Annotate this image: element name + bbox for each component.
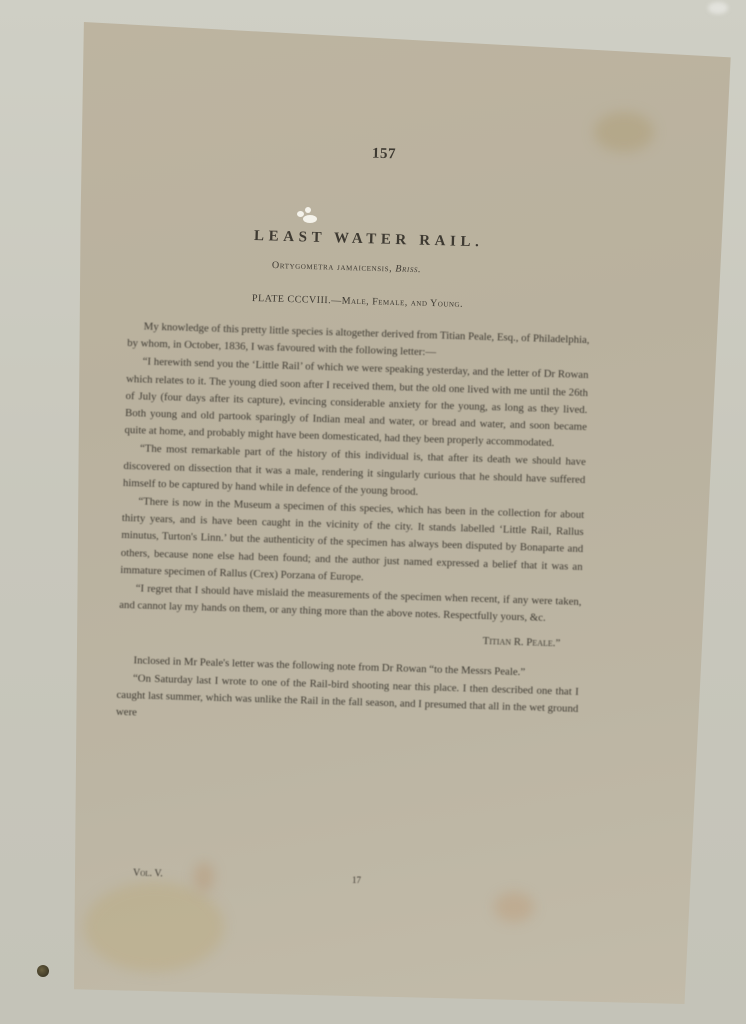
volume-marker: Vol. V. (133, 868, 163, 880)
paragraph: “I herewith send you the ‘Little Rail’ o… (124, 353, 588, 453)
light-reflection (708, 2, 728, 14)
article-title: LEAST WATER RAIL. (254, 228, 484, 251)
page-number: 157 (372, 146, 396, 164)
pushpin-icon (37, 965, 49, 977)
light-glare (295, 205, 321, 225)
plate-caption: PLATE CCCVIII.—Male, Female, and Young. (252, 293, 463, 310)
letter-signature: Titian R. Peale.” (118, 622, 560, 653)
body-text: My knowledge of this pretty little speci… (116, 318, 590, 736)
scientific-name: Ortygometra jamaicensis (272, 260, 389, 274)
authority: Briss. (395, 263, 421, 275)
scientific-name-line: Ortygometra jamaicensis, Briss. (272, 260, 421, 275)
paragraph: “There is now in the Museum a specimen o… (120, 493, 584, 593)
signature-mark: 17 (352, 875, 361, 885)
page-content: 157 LEAST WATER RAIL. Ortygometra jamaic… (0, 0, 746, 1024)
